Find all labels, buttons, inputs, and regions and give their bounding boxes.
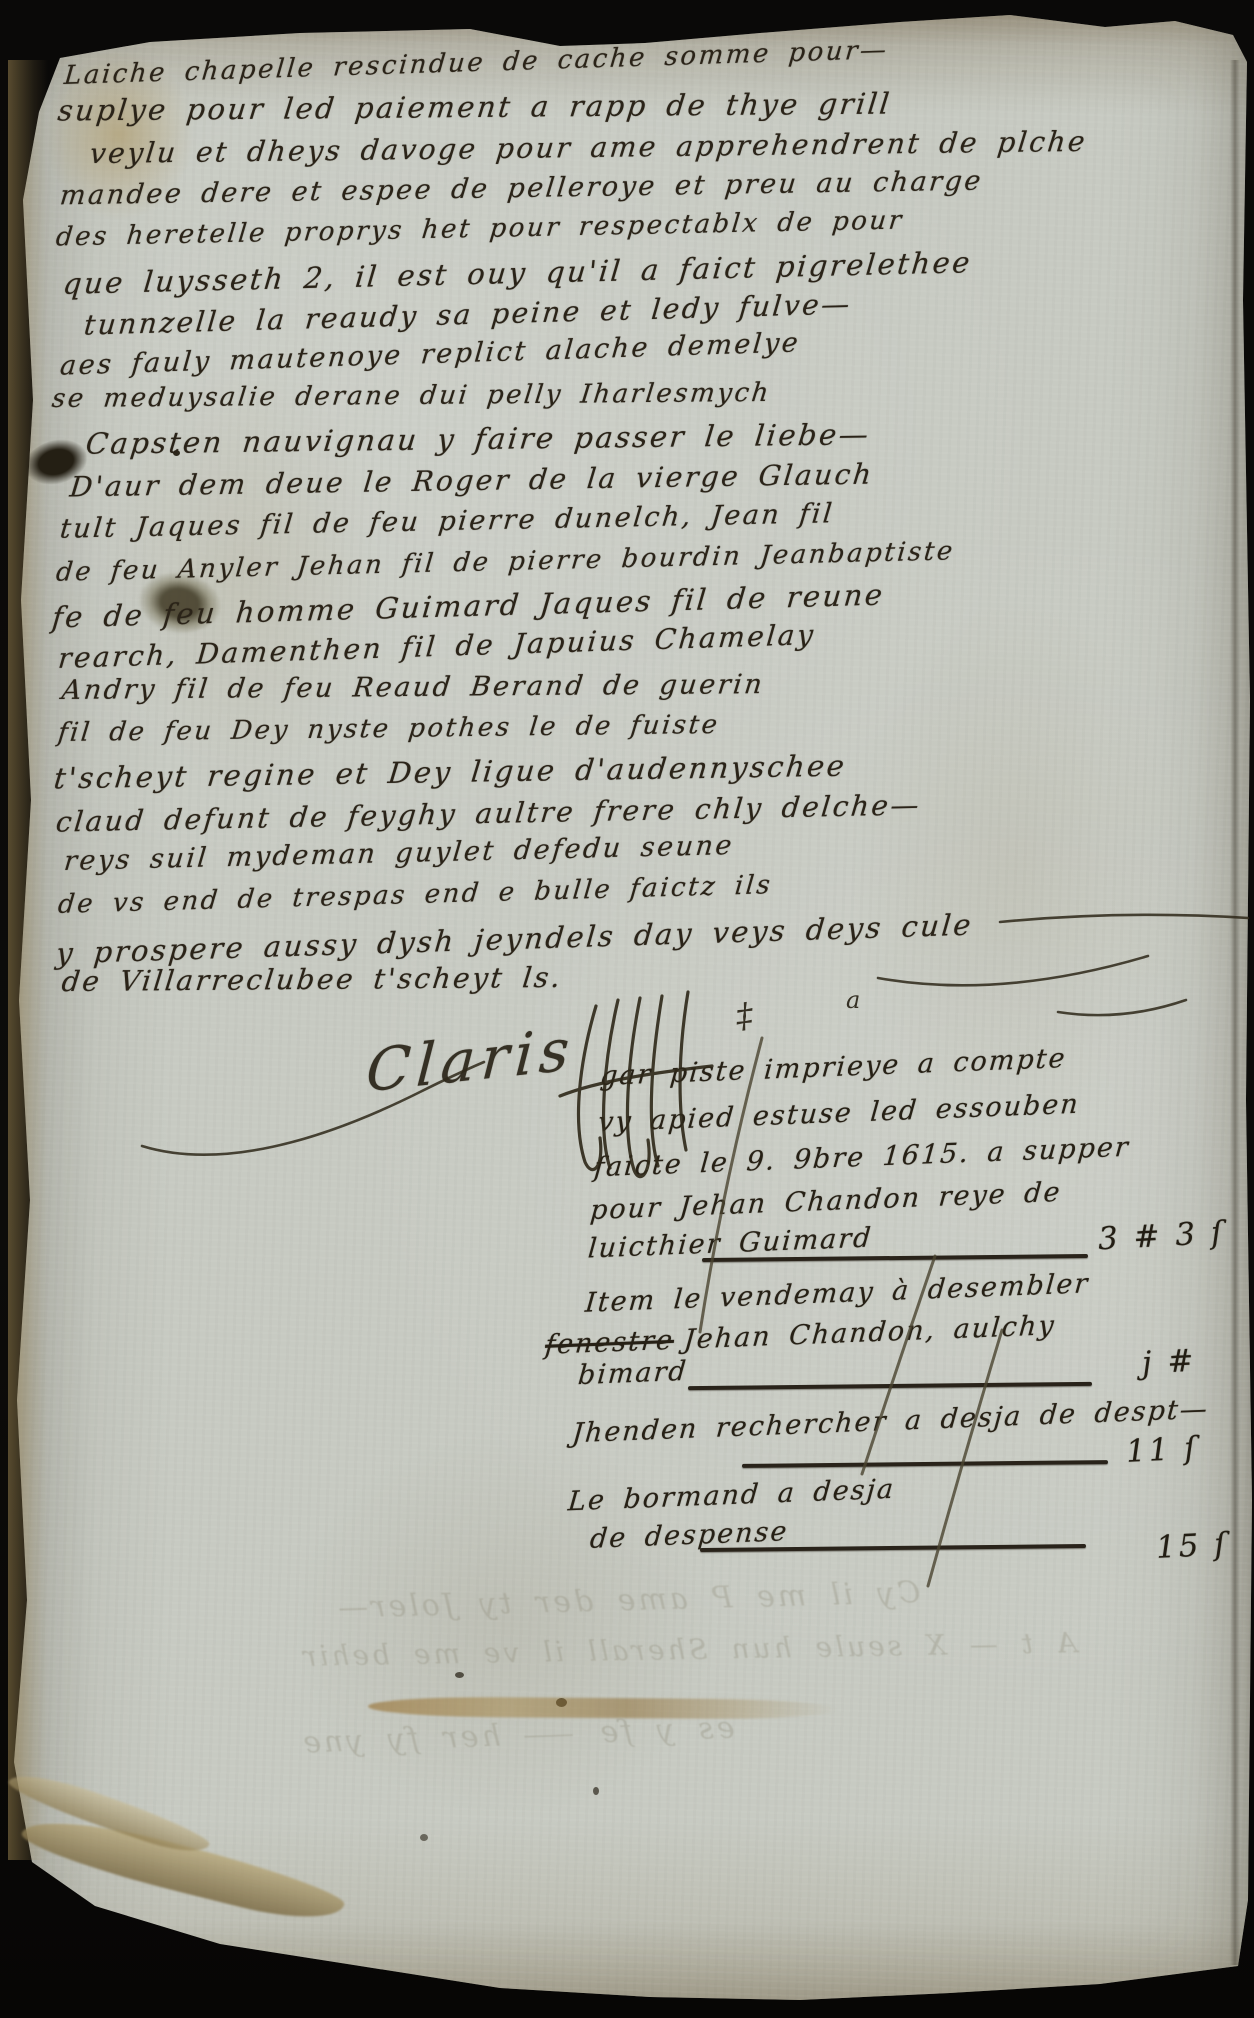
crossed-out-word: fenestre <box>544 1325 675 1361</box>
manuscript-line: t'scheyt regine et Dey ligue d'audennysc… <box>52 749 848 796</box>
amount-value: 3 # 3 ſ <box>1097 1215 1226 1258</box>
manuscript-photo: Laiche chapelle rescindue de cache somme… <box>0 0 1254 2018</box>
manuscript-line: de Villarreclubee t'scheyt ls. <box>60 961 564 998</box>
account-entry-line: Le bormand a desja <box>567 1474 897 1518</box>
account-entry-line: Jhenden rechercher a desja de despt— <box>571 1394 1210 1450</box>
manuscript-line: Capsten nauvignau y faire passer le lieb… <box>84 418 872 462</box>
amount-value: j # <box>1141 1343 1197 1382</box>
manuscript-line: Andry fil de feu Reaud Berand de guerin <box>60 669 766 706</box>
account-entry-line: faicte le 9. 9bre 1615. a supper <box>593 1132 1131 1184</box>
manuscript-line: fil de feu Dey nyste pothes le de fuiste <box>56 710 721 748</box>
sum-rule-line <box>742 1460 1108 1468</box>
handwriting-layer: Laiche chapelle rescindue de cache somme… <box>0 0 1254 2018</box>
manuscript-line: Laiche chapelle rescindue de cache somme… <box>63 35 890 91</box>
account-entry-line: gar piste imprieye a compte <box>599 1043 1068 1092</box>
account-entry-line: bimard <box>577 1356 689 1391</box>
sum-rule-line <box>688 1382 1092 1390</box>
bleed-through-text: Cy il me P ame der ty Joler— <box>335 1575 921 1625</box>
manuscript-line: reys suil mydeman guylet defedu seune <box>63 830 736 877</box>
manuscript-line: D'aur dem deue le Roger de la vierge Gla… <box>68 458 875 504</box>
manuscript-line: de vs end de trespas end e bulle faictz … <box>57 870 774 920</box>
account-entry-line: fenestreJehan Chandon, aulchy <box>544 1310 1057 1361</box>
account-entry-line: vy apied estuse led essouben <box>597 1089 1081 1139</box>
manuscript-line: claud defunt de feyghy aultre frere chly… <box>54 788 922 838</box>
amount-value: 11 ſ <box>1125 1430 1200 1470</box>
manuscript-line: suplye pour led paiement a rapp de thye … <box>56 86 893 127</box>
bleed-through-text: A t — X seule hun Sherall il ve me behir <box>300 1626 1078 1673</box>
manuscript-line: mandee dere et espee de pelleroye et pre… <box>58 165 984 211</box>
amount-value: 15 ſ <box>1155 1526 1230 1566</box>
account-entry-line: pour Jehan Chandon reye de <box>589 1177 1063 1226</box>
manuscript-line: tult Jaques fil de feu pierre dunelch, J… <box>58 498 835 544</box>
signature-superscript-a: a <box>846 986 860 1014</box>
manuscript-line: se meduysalie derane dui pelly Iharlesmy… <box>50 378 772 414</box>
manuscript-line: veylu et dheys davoge pour ame apprehend… <box>88 125 1089 170</box>
manuscript-line: des heretelle proprys het pour respectab… <box>55 206 906 253</box>
bleed-through-text: es y fe ⸺ her fy yne <box>299 1702 735 1761</box>
